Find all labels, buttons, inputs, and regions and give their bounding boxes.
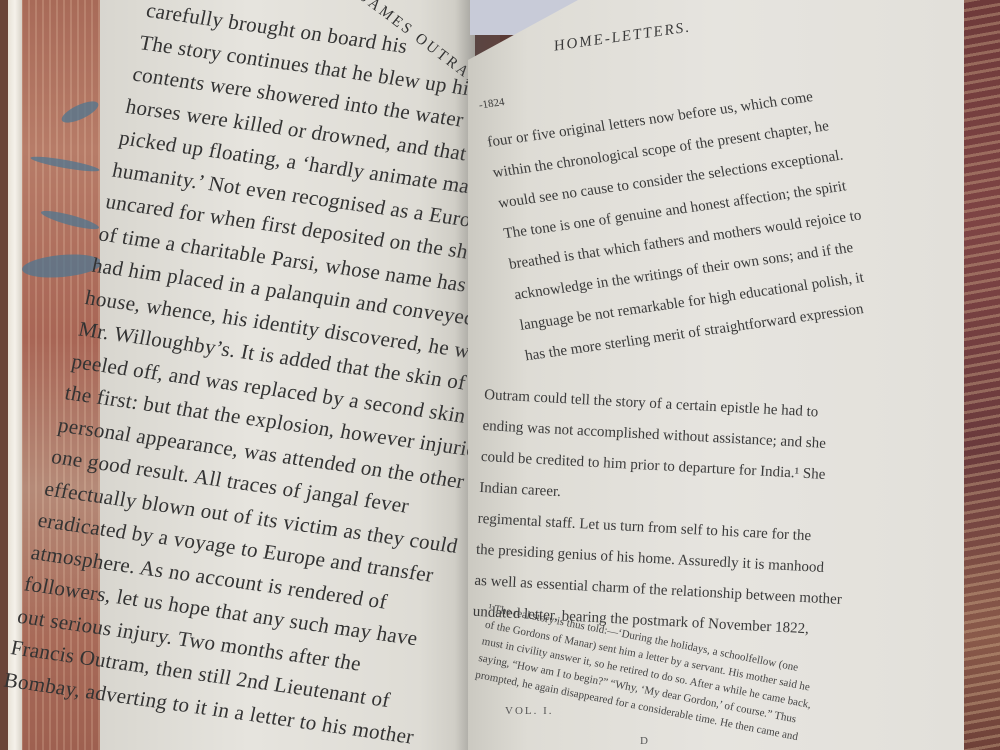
book-photo: JAMES OUTRAM. carefully brought on board… [0, 0, 1000, 750]
signature-letter: D [640, 735, 648, 747]
marble-swirl [30, 154, 100, 174]
volume-signature: VOL. I. [505, 705, 554, 717]
date-margin-note: -1824 [476, 87, 507, 121]
marble-swirl [59, 97, 101, 127]
marble-swirl [40, 207, 101, 232]
cover-edge [0, 0, 8, 750]
marbled-page-edge-right [964, 0, 1000, 750]
right-page-text: HOME-LETTERS. -1824 four or five origina… [485, 79, 880, 373]
